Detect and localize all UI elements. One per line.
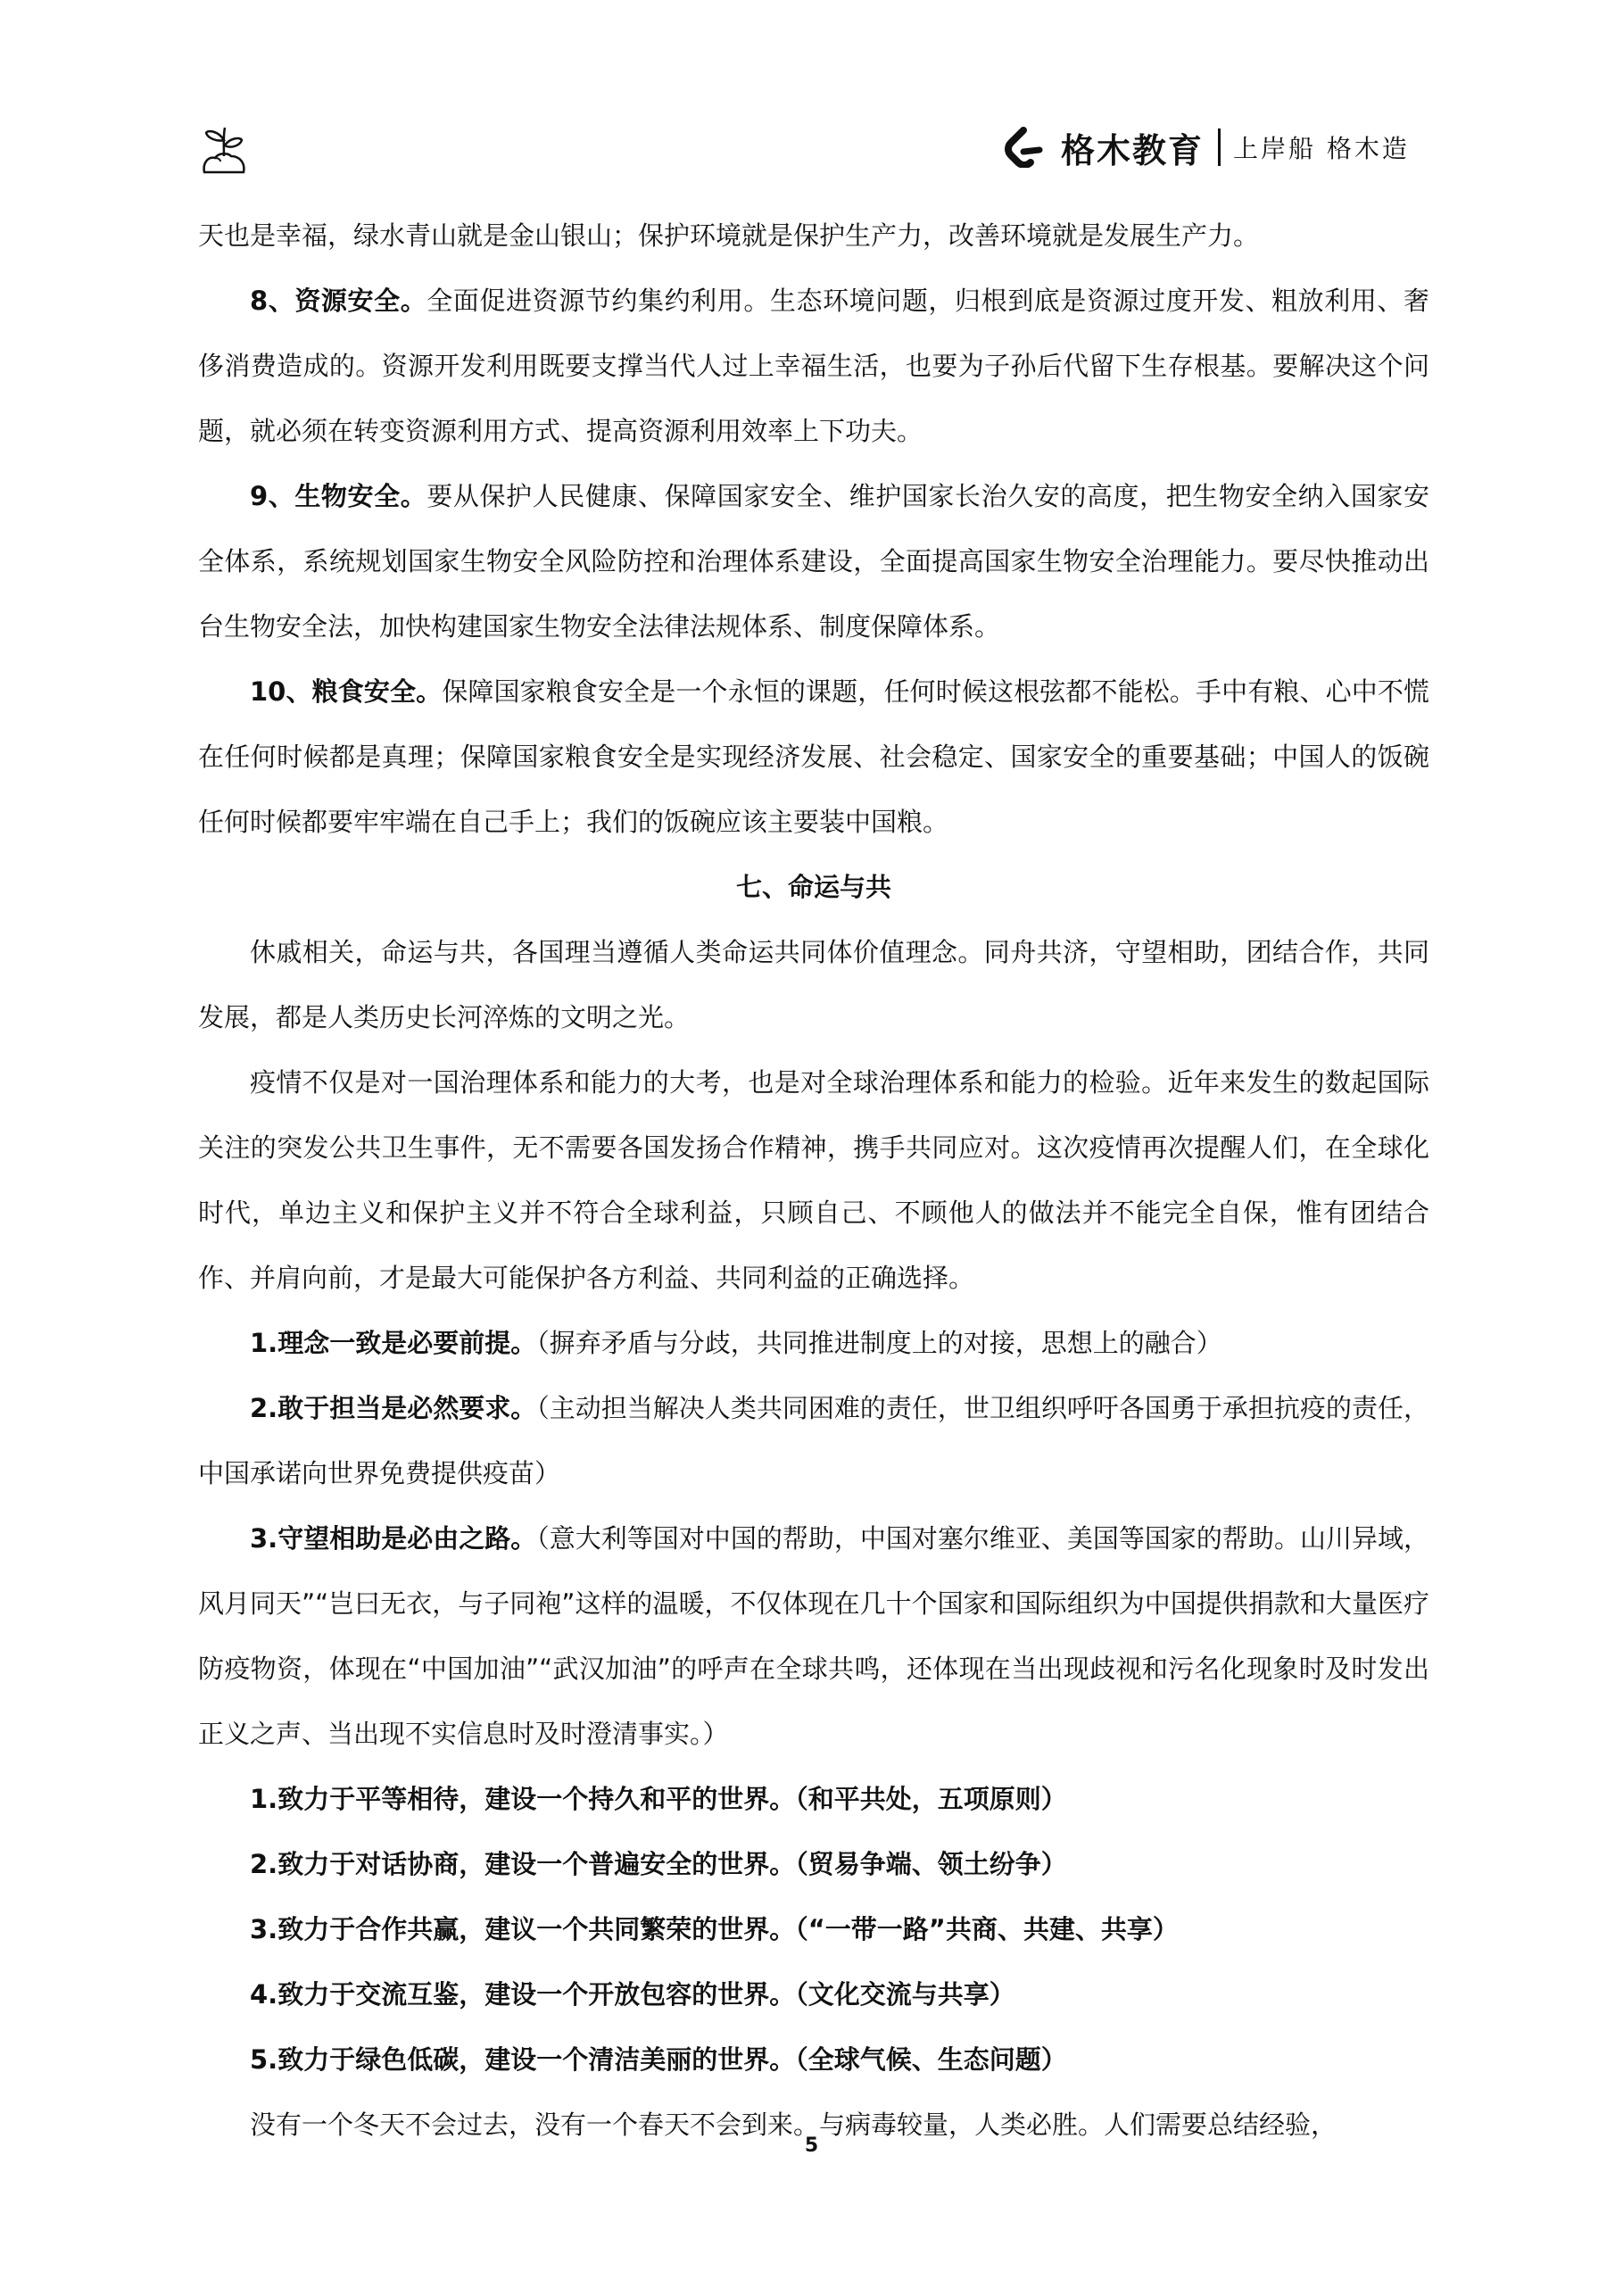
sprout-icon — [201, 120, 247, 174]
brand-logo-icon — [1004, 127, 1045, 168]
commitment-item: 4.致力于交流互鉴，建设一个开放包容的世界。（文化交流与共享） — [198, 1962, 1429, 2027]
paragraph-biosecurity: 9、生物安全。要从保护人民健康、保障国家安全、维护国家长治久安的高度，把生物安全… — [198, 464, 1429, 659]
commitment-item: 5.致力于绿色低碳，建设一个清洁美丽的世界。（全球气候、生态问题） — [198, 2027, 1429, 2093]
document-body: 天也是幸福，绿水青山就是金山银山；保护环境就是保护生产力，改善环境就是发展生产力… — [198, 203, 1429, 2158]
paragraph-resource-security: 8、资源安全。全面促进资源节约集约利用。生态环境问题，归根到底是资源过度开发、粗… — [198, 269, 1429, 464]
paragraph-lead: 8、资源安全。 — [250, 286, 426, 316]
point-lead: 1.理念一致是必要前提。 — [250, 1328, 536, 1358]
commitment-item: 1.致力于平等相待，建设一个持久和平的世界。（和平共处，五项原则） — [198, 1767, 1429, 1832]
commitment-item: 3.致力于合作共赢，建议一个共同繁荣的世界。（“一带一路”共商、共建、共享） — [198, 1897, 1429, 1962]
paragraph-lead: 10、粮食安全。 — [250, 676, 442, 707]
point-item: 3.守望相助是必由之路。（意大利等国对中国的帮助，中国对塞尔维亚、美国等国家的帮… — [198, 1506, 1429, 1767]
paragraph-pandemic: 疫情不仅是对一国治理体系和能力的大考，也是对全球治理体系和能力的检验。近年来发生… — [198, 1050, 1429, 1311]
point-lead: 3.守望相助是必由之路。 — [250, 1523, 536, 1554]
page-number: 5 — [0, 2134, 1623, 2157]
paragraph-lead: 9、生物安全。 — [250, 481, 426, 511]
paragraph-continuation: 天也是幸福，绿水青山就是金山银山；保护环境就是保护生产力，改善环境就是发展生产力… — [198, 203, 1429, 269]
point-item: 2.敢于担当是必然要求。（主动担当解决人类共同困难的责任，世卫组织呼吁各国勇于承… — [198, 1376, 1429, 1506]
page-header: 格木教育 上岸船 格木造 — [0, 0, 1623, 196]
point-item: 1.理念一致是必要前提。（摒弃矛盾与分歧，共同推进制度上的对接，思想上的融合） — [198, 1311, 1429, 1376]
brand-name: 格木教育 — [1061, 123, 1204, 172]
brand-divider — [1218, 128, 1221, 166]
brand-logo: 格木教育 上岸船 格木造 — [1004, 120, 1410, 174]
commitment-item: 2.致力于对话协商，建设一个普遍安全的世界。（贸易争端、领土纷争） — [198, 1832, 1429, 1897]
point-text: （意大利等国对中国的帮助，中国对塞尔维亚、美国等国家的帮助。山川异域，风月同天”… — [198, 1523, 1429, 1749]
section-title: 七、命运与共 — [198, 855, 1429, 920]
point-text: （摒弃矛盾与分歧，共同推进制度上的对接，思想上的融合） — [536, 1328, 1222, 1358]
brand-slogan: 上岸船 格木造 — [1233, 129, 1410, 165]
paragraph-intro: 休戚相关，命运与共，各国理当遵循人类命运共同体价值理念。同舟共济，守望相助，团结… — [198, 920, 1429, 1050]
paragraph-food-security: 10、粮食安全。保障国家粮食安全是一个永恒的课题，任何时候这根弦都不能松。手中有… — [198, 659, 1429, 855]
point-lead: 2.敢于担当是必然要求。 — [250, 1393, 536, 1423]
